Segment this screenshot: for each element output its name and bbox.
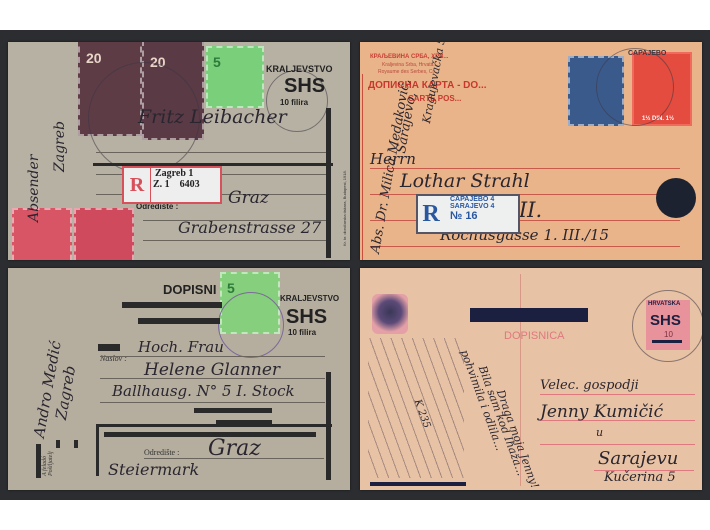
imprint-kingdom: KRALJEVSTVO <box>266 64 333 74</box>
addressee-preposition: u <box>596 426 603 439</box>
imprint-kingdom: KRALJEVSTVO <box>280 294 339 303</box>
addressee-salutation: Hoch. Frau <box>138 338 224 356</box>
postmark-text: CAPAJEBO <box>628 50 666 57</box>
card-title: DOPISNI <box>163 282 216 297</box>
imprint-value: 10 filira <box>288 328 316 337</box>
field-label-sender-2: Pošiljatelj <box>48 451 54 476</box>
postmark-violet <box>218 292 284 358</box>
addressee-city: Graz <box>228 188 269 208</box>
blackout-bar-top <box>470 308 588 322</box>
printer-credit: Kr. kr. dioničarska tiskara, Budapest, 1… <box>342 170 347 246</box>
addressee-city: Sarajevu <box>598 448 678 469</box>
card-title: DOPISNICA <box>504 330 565 342</box>
postcard-sarajevo-registered: КРАЉЕВИНА СРБА, ХРВ... Kraljevina Srba, … <box>360 42 702 260</box>
addressee-street: Ballhausg. N° 5 I. Stock <box>112 382 295 400</box>
imprint-country: SHS <box>284 75 325 98</box>
message-text-block <box>368 338 464 478</box>
sender-text: Absender <box>26 155 42 223</box>
postmark-sarajevo <box>596 48 674 126</box>
addressee-name: Helene Glanner <box>144 360 280 380</box>
registration-label: R CAPAJEBO 4 SARAJEVO 4 № 16 <box>416 194 520 234</box>
addressee-salutation: Velec. gospodji <box>540 378 639 393</box>
stamp-10-filira-red-2 <box>74 208 134 260</box>
addressee-region: Steiermark <box>108 460 199 479</box>
postcard-hrvatska-shs: DOPISNICA HRVATSKA SHS 10 Velec. gospodj… <box>360 268 702 490</box>
flower-illustration <box>372 294 408 334</box>
registration-label: R Zagreb 1 Z. 16403 <box>122 166 222 204</box>
addressee-street: Kučerina 5 <box>604 470 676 485</box>
addressee-city: Graz <box>208 436 261 461</box>
stamp-10-filira-red-1 <box>12 208 72 260</box>
stamp-5-filira-green: 5 <box>206 46 264 108</box>
postcard-dopisnica-graz: DOPISNI 5 KRALJEVSTVO SHS 10 filira Nasl… <box>8 268 350 490</box>
addressee-name: Jenny Kumičić <box>540 402 663 422</box>
addressee-street: Grabenstrasse 27 <box>178 218 321 237</box>
field-label-destination: Odredište : <box>144 448 179 457</box>
addressee-name: Lothar Strahl <box>400 170 530 192</box>
blackout-bar-bottom <box>370 482 466 486</box>
black-hand-stamp <box>656 178 696 218</box>
addressee-name: Fritz Leibacher <box>138 106 287 128</box>
imprint-country: SHS <box>286 306 327 329</box>
sender-city: Zagreb <box>52 121 68 172</box>
postcard-zagreb-registered: 20 20 5 KRALJEVSTVO SHS 10 filira Fritz … <box>8 42 350 260</box>
postmark <box>632 290 702 362</box>
